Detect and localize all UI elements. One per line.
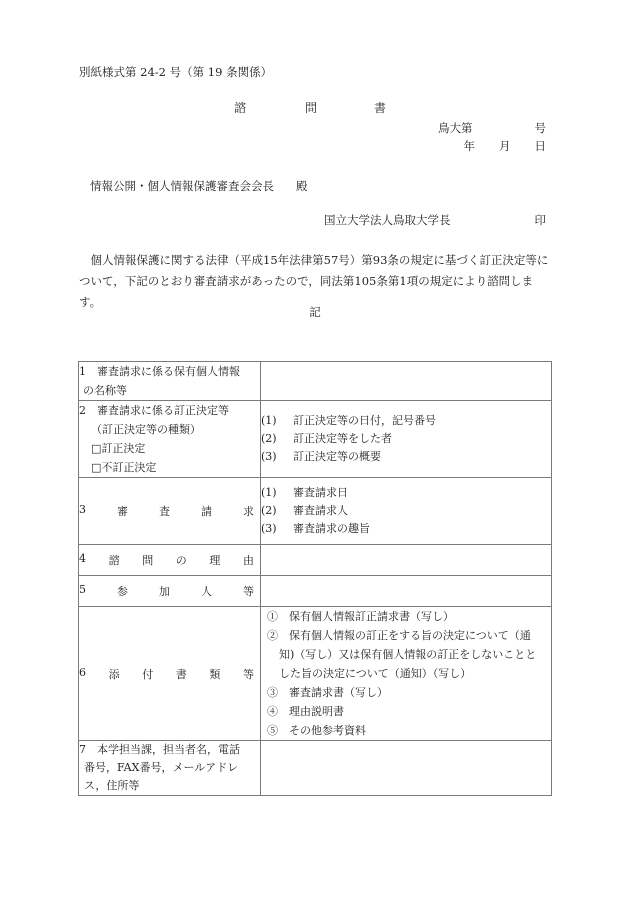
- row-value-field[interactable]: [261, 545, 552, 576]
- label-line: ス，住所等: [79, 777, 260, 795]
- row-label: 2 審査請求に係る訂正決定等 （訂正決定等の種類） □訂正決定 □不訂正決定: [79, 401, 261, 478]
- reference-number: 鳥大第号: [438, 123, 546, 135]
- list-item: (1)訂正決定等の日付，記号番号: [261, 412, 551, 430]
- date-month: 月: [499, 139, 511, 153]
- reference-suffix: 号: [535, 121, 547, 135]
- checkbox-correction-decision[interactable]: □訂正決定: [79, 439, 260, 458]
- label-line: 1 審査請求に係る保有個人情報: [79, 362, 260, 381]
- label-line: 2 審査請求に係る訂正決定等: [79, 401, 260, 420]
- row-value-field[interactable]: [261, 362, 552, 401]
- attachment-item: ④ 理由説明書: [267, 702, 551, 721]
- ki-heading: 記: [0, 307, 630, 319]
- label-line: 番号，FAX番号，メールアドレ: [79, 759, 260, 777]
- label-line: （訂正決定等の種類）: [79, 420, 260, 439]
- addressee: 情報公開・個人情報保護審査会会長殿: [90, 181, 308, 193]
- row-value-field[interactable]: [261, 741, 552, 796]
- attachment-item: ③ 審査請求書（写し）: [267, 683, 551, 702]
- table-row: 6 添 付 書 類 等 ① 保有個人情報訂正請求書（写し） ② 保有個人情報の訂…: [79, 607, 552, 741]
- attachment-item-cont: 知)（写し）又は保有個人情報の訂正をしないことと: [267, 645, 551, 664]
- title-char: 書: [374, 102, 386, 114]
- date-line: 年月日: [464, 141, 547, 153]
- row-value: (1)審査請求日 (2)審査請求人 (3)審査請求の趣旨: [261, 478, 552, 545]
- title-char: 諮: [234, 102, 246, 114]
- seal-mark: 印: [535, 213, 547, 227]
- form-number: 別紙様式第 24-2 号（第 19 条関係）: [79, 67, 272, 79]
- table-row: 5 参 加 人 等: [79, 576, 552, 607]
- table-row: 3 審 査 請 求 (1)審査請求日 (2)審査請求人 (3)審査請求の趣旨: [79, 478, 552, 545]
- attachments-list: ① 保有個人情報訂正請求書（写し） ② 保有個人情報の訂正をする旨の決定について…: [261, 607, 552, 741]
- reference-prefix: 鳥大第: [438, 121, 473, 135]
- list-item: (1)審査請求日: [261, 484, 551, 502]
- list-item: (2)訂正決定等をした者: [261, 430, 551, 448]
- table-row: 7 本学担当課，担当者名，電話 番号，FAX番号，メールアドレ ス，住所等: [79, 741, 552, 796]
- title-char: 問: [305, 102, 317, 114]
- row-label: 5 参 加 人 等: [79, 576, 261, 607]
- row-label: 3 審 査 請 求: [79, 478, 261, 545]
- list-item: (3)訂正決定等の概要: [261, 448, 551, 466]
- row-label: 7 本学担当課，担当者名，電話 番号，FAX番号，メールアドレ ス，住所等: [79, 741, 261, 796]
- row-label: 4 諮 問 の 理 由: [79, 545, 261, 576]
- row-value: (1)訂正決定等の日付，記号番号 (2)訂正決定等をした者 (3)訂正決定等の概…: [261, 401, 552, 478]
- table-row: 1 審査請求に係る保有個人情報 の名称等: [79, 362, 552, 401]
- attachment-item-cont: した旨の決定について（通知）（写し）: [267, 664, 551, 683]
- sender-name: 国立大学法人鳥取大学長: [324, 213, 451, 227]
- table-row: 4 諮 問 の 理 由: [79, 545, 552, 576]
- sender: 国立大学法人鳥取大学長印: [324, 215, 546, 227]
- date-year: 年: [464, 139, 476, 153]
- row-label: 6 添 付 書 類 等: [79, 607, 261, 741]
- list-item: (2)審査請求人: [261, 502, 551, 520]
- attachment-item: ① 保有個人情報訂正請求書（写し）: [267, 607, 551, 626]
- addressee-name: 情報公開・個人情報保護審査会会長: [90, 179, 274, 193]
- list-item: (3)審査請求の趣旨: [261, 520, 551, 538]
- attachment-item: ⑤ その他参考資料: [267, 721, 551, 740]
- inquiry-table: 1 審査請求に係る保有個人情報 の名称等 2 審査請求に係る訂正決定等 （訂正決…: [78, 361, 552, 796]
- label-line: 7 本学担当課，担当者名，電話: [79, 741, 260, 759]
- date-day: 日: [535, 139, 547, 153]
- addressee-honorific: 殿: [296, 179, 308, 193]
- body-paragraph: 個人情報保護に関する法律（平成15年法律第57号）第93条の規定に基づく訂正決定…: [79, 250, 551, 313]
- label-line: の名称等: [79, 381, 260, 400]
- row-value-field[interactable]: [261, 576, 552, 607]
- table-row: 2 審査請求に係る訂正決定等 （訂正決定等の種類） □訂正決定 □不訂正決定 (…: [79, 401, 552, 478]
- attachment-item: ② 保有個人情報の訂正をする旨の決定について（通: [267, 626, 551, 645]
- row-label: 1 審査請求に係る保有個人情報 の名称等: [79, 362, 261, 401]
- checkbox-non-correction-decision[interactable]: □不訂正決定: [79, 458, 260, 477]
